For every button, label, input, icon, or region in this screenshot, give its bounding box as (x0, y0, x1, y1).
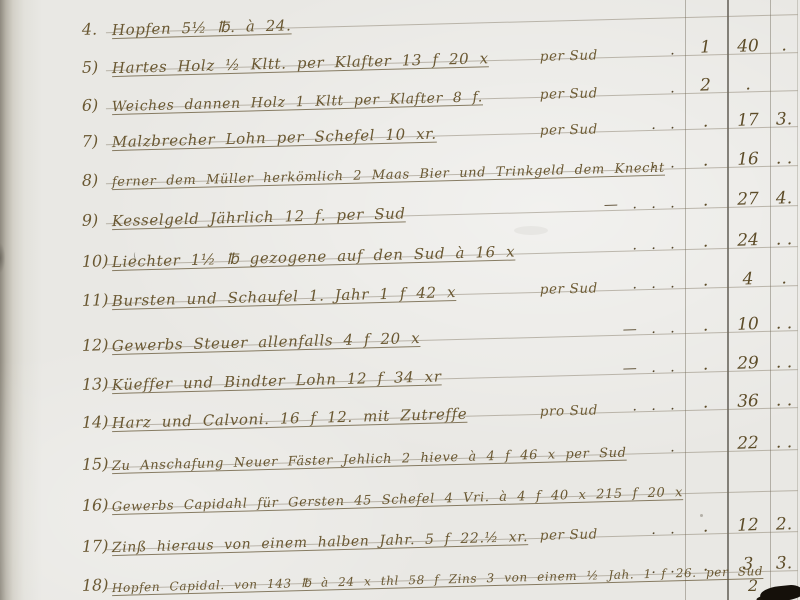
amount-heller: . (770, 35, 798, 56)
entry-number: 5) (82, 57, 99, 76)
amount-kreuzer: 36 (727, 391, 769, 412)
amount-gulden: 2 (685, 75, 726, 96)
amount-leader-dots: — . . . (587, 195, 679, 213)
amount-kreuzer: 3 (727, 554, 769, 575)
amount-leader-dots: . . (587, 521, 679, 539)
amount-kreuzer: 22 (727, 433, 769, 454)
amount-kreuzer: 17 (727, 110, 769, 131)
amount-gulden: . (685, 190, 726, 211)
amount-gulden: 1 (685, 37, 726, 58)
ledger-page: 2124.Hopfen 5½ ℔. à 24.5)Hartes Holz ½ K… (0, 0, 800, 600)
amount-leader-dots: . (587, 42, 679, 60)
entry-number: 16) (82, 495, 109, 515)
amount-heller: 3. (770, 553, 798, 574)
amount-heller: . . (770, 352, 798, 373)
stray-digit: 2 (748, 576, 758, 595)
amount-kreuzer: 40 (727, 36, 769, 57)
amount-gulden: . (685, 392, 726, 413)
amount-leader-dots: . . (587, 155, 679, 173)
entry-number: 17) (82, 536, 109, 556)
amount-heller: 4. (770, 188, 798, 209)
amount-gulden: . (685, 516, 726, 537)
entry-number: 11) (82, 290, 109, 310)
amount-heller: . . (770, 313, 798, 334)
amount-leader-dots: . . . (587, 275, 679, 293)
entry-number: 15) (82, 454, 109, 474)
entry-number: 12) (82, 335, 109, 355)
entry-number: 13) (82, 374, 109, 394)
amount-heller: 3. (770, 109, 798, 130)
amount-kreuzer: 16 (727, 149, 769, 170)
amount-gulden: . (685, 315, 726, 336)
entry-number: 8) (82, 170, 99, 189)
amount-gulden: . (685, 555, 726, 576)
entry-number: 7) (82, 131, 99, 150)
amount-kreuzer: . (727, 74, 769, 95)
amount-heller: . . (770, 148, 798, 169)
amount-gulden: . (685, 270, 726, 291)
entry-number: 4. (82, 19, 98, 38)
amount-heller: . . (770, 229, 798, 250)
amount-kreuzer: 24 (727, 230, 769, 251)
amount-gulden: . (685, 150, 726, 171)
amount-heller: . (770, 268, 798, 289)
amount-kreuzer: 27 (727, 189, 769, 210)
amount-gulden: . (685, 354, 726, 375)
amount-gulden: . (685, 231, 726, 252)
amount-gulden: . (685, 111, 726, 132)
amount-kreuzer: 29 (727, 353, 769, 374)
amount-leader-dots: . . (587, 116, 679, 134)
entry-number: 9) (82, 210, 99, 229)
entry-text: Bursten und Schaufel 1. Jahr 1 f 42 x (112, 283, 457, 310)
amount-leader-dots: . . (587, 560, 679, 578)
entry-number: 10) (82, 251, 109, 271)
amount-kreuzer: 10 (727, 314, 769, 335)
paper-smudge (514, 226, 548, 235)
amount-leader-dots: . . . (587, 397, 679, 415)
amount-heller: 2. (770, 514, 798, 535)
amount-leader-dots: . . . (587, 236, 679, 254)
entry-number: 18) (82, 575, 109, 595)
paper-edge-tear (0, 238, 12, 278)
ink-blot (759, 584, 800, 600)
entry-number: 14) (82, 412, 109, 432)
amount-heller: . . (770, 390, 798, 411)
amount-kreuzer: 4 (727, 269, 769, 290)
amount-heller: . . (770, 432, 798, 453)
amount-leader-dots: — . . (587, 359, 679, 377)
paper-speck (700, 514, 703, 517)
amount-kreuzer: 12 (727, 515, 769, 536)
amount-leader-dots: . (587, 439, 679, 457)
amount-leader-dots: — . . (587, 320, 679, 338)
